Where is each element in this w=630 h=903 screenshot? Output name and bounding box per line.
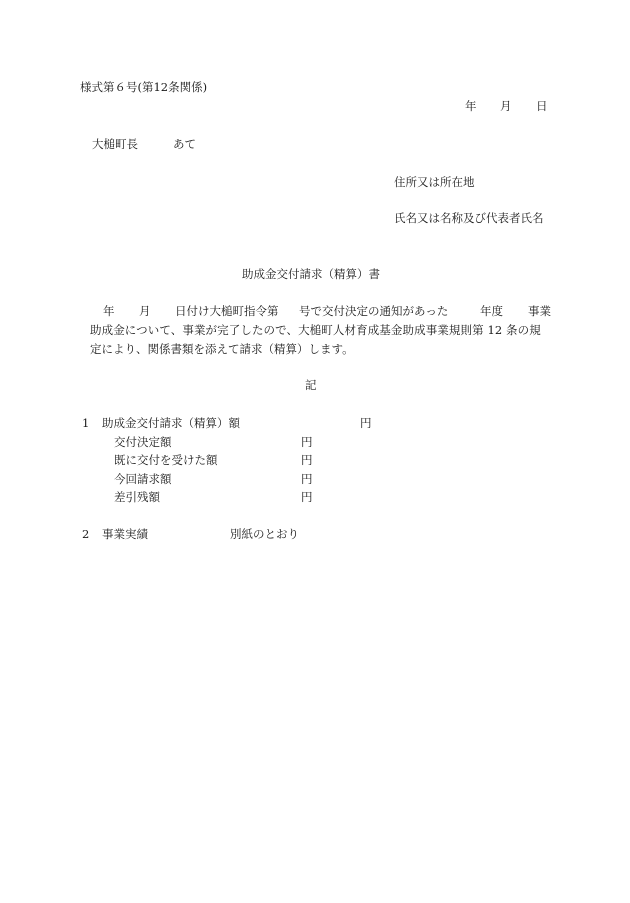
sub-item-label: 既に交付を受けた額	[114, 455, 218, 467]
item-1-number: 1	[82, 418, 89, 430]
sub-item-label: 差引残額	[114, 492, 160, 504]
date-month-label: 月	[500, 101, 512, 113]
sub-item-label: 交付決定額	[114, 437, 172, 449]
addressee-name: 大槌町長	[92, 139, 138, 151]
body-line-2: 助成金について、事業が完了したので、大槌町人材育成基金助成事業規則第 12 条の…	[90, 325, 541, 337]
ki-heading: 記	[305, 380, 317, 392]
date-day-label: 日	[536, 101, 548, 113]
addressee-suffix: あて	[173, 139, 196, 151]
body-project: 事業	[528, 306, 551, 318]
item-2-label: 事業実績	[102, 529, 148, 541]
item-1-unit: 円	[360, 418, 372, 430]
address-label: 住所又は所在地	[394, 177, 475, 189]
sub-item-unit: 円	[301, 437, 313, 449]
document-title: 助成金交付請求（精算）書	[242, 269, 380, 281]
body-number-text: 号で交付決定の通知があった	[299, 306, 448, 318]
item-2-number: 2	[82, 529, 89, 541]
body-line-3: 定により、関係書類を添えて請求（精算）します。	[90, 344, 354, 356]
sub-item-unit: 円	[301, 474, 313, 486]
body-year: 年	[103, 306, 115, 318]
date-year-label: 年	[465, 101, 477, 113]
name-label: 氏名又は名称及び代表者氏名	[394, 213, 544, 225]
form-number: 様式第６号(第12条関係)	[80, 82, 207, 94]
body-month: 月	[139, 306, 151, 318]
body-day-text: 日付け大槌町指令第	[175, 306, 279, 318]
sub-item-unit: 円	[301, 455, 313, 467]
item-2-value: 別紙のとおり	[230, 529, 299, 541]
sub-item-label: 今回請求額	[114, 474, 172, 486]
item-1-label: 助成金交付請求（精算）額	[102, 418, 240, 430]
body-fiscal-year: 年度	[480, 306, 503, 318]
sub-item-unit: 円	[301, 492, 313, 504]
